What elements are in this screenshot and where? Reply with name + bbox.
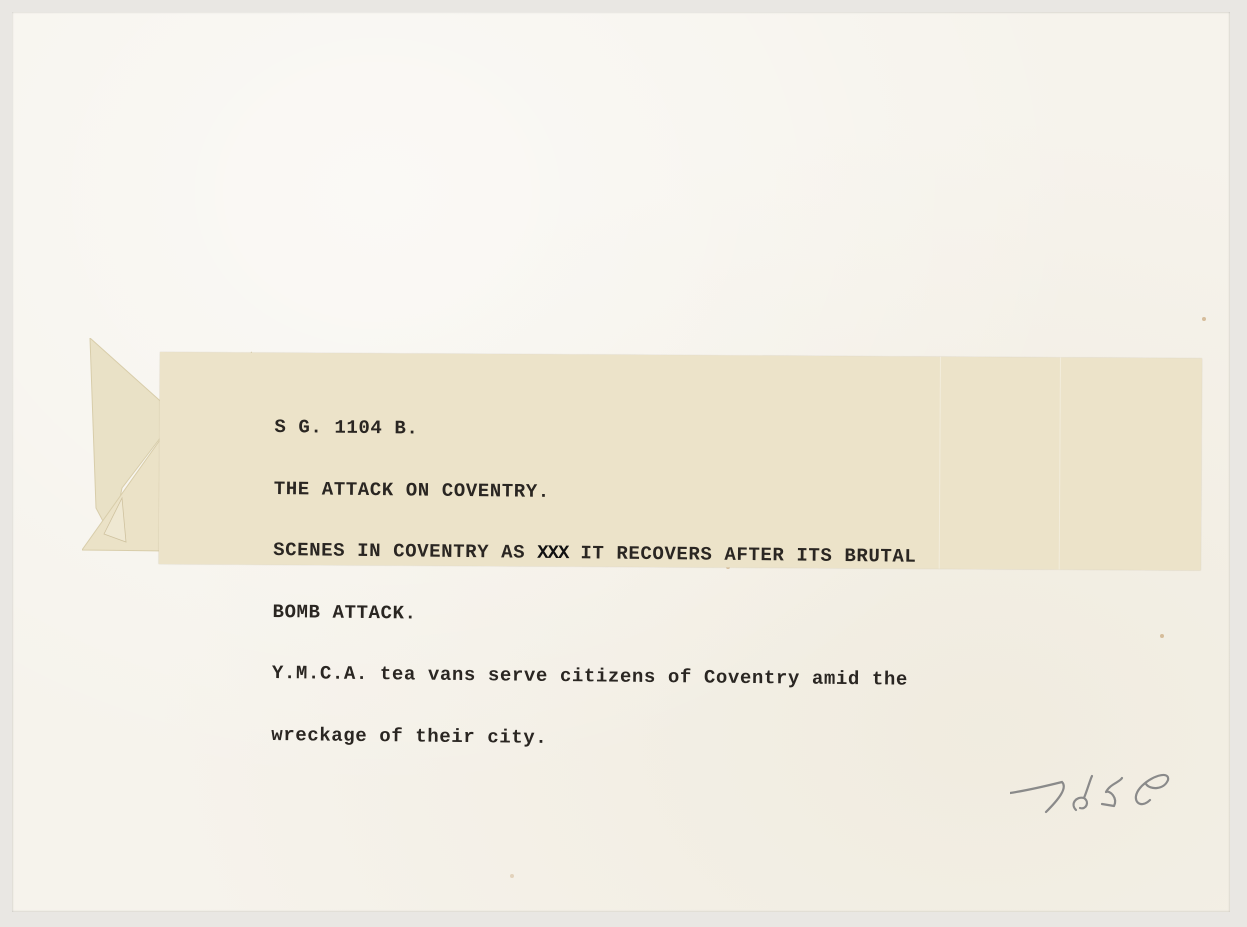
caption-reference-number: S G. 1104 B. [274, 417, 918, 444]
handwritten-pencil-number: 6562 [1010, 760, 1180, 830]
crease-line [1059, 357, 1061, 569]
caption-text: SCENES IN COVENTRY AS [273, 539, 537, 564]
caption-text: IT RECOVERS AFTER ITS BRUTAL [568, 542, 916, 568]
caption-headline: THE ATTACK ON COVENTRY. [274, 478, 918, 505]
caption-description-line-1: SCENES IN COVENTRY AS XXX IT RECOVERS AF… [273, 540, 917, 567]
stain-spot [510, 874, 514, 878]
struck-out-text: XXX [537, 542, 568, 564]
crease-line [939, 357, 941, 569]
typed-caption: S G. 1104 B. THE ATTACK ON COVENTRY. SCE… [271, 376, 918, 772]
caption-detail-line-1: Y.M.C.A. tea vans serve citizens of Cove… [272, 663, 916, 690]
stain-spot [1202, 317, 1206, 321]
caption-description-line-2: BOMB ATTACK. [272, 601, 916, 628]
stain-spot [1160, 634, 1164, 638]
caption-detail-line-2: wreckage of their city. [271, 724, 915, 751]
